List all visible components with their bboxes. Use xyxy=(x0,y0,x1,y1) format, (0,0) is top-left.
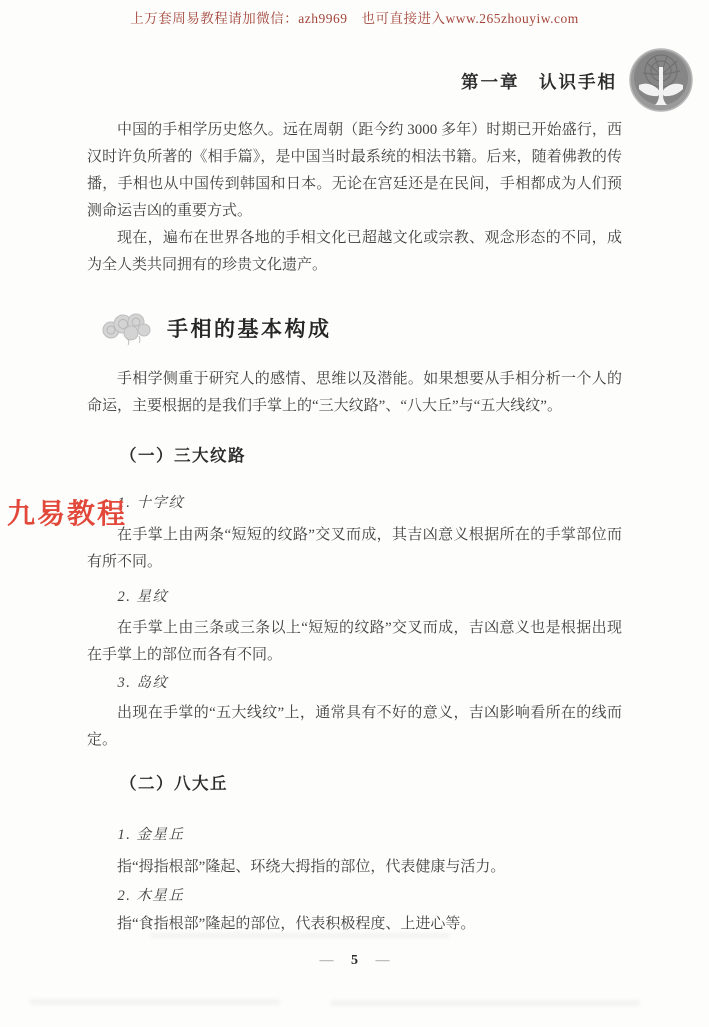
intro-paragraph-2: 现在，遍布在世界各地的手相文化已超越文化或宗教、观念形态的不同，成为全人类共同拥… xyxy=(87,225,622,279)
page-number-dash-right: — xyxy=(376,953,390,968)
scan-artifact xyxy=(150,933,450,938)
chapter-title: 第一章 认识手相 xyxy=(461,69,617,94)
section-lead-paragraph: 手相学侧重于研究人的感情、思维以及潜能。如果想要从手相分析一个人的命运，主要根据… xyxy=(87,366,622,420)
item-label: 1. 金星丘 xyxy=(87,824,622,846)
page-number-value: 5 xyxy=(337,953,372,968)
item-label: 2. 木星丘 xyxy=(87,885,622,907)
header-notice: 上万套周易教程请加微信：azh9969 也可直接进入www.265zhouyiw… xyxy=(0,7,709,27)
page-number-dash-left: — xyxy=(320,953,334,968)
item-label: 2. 星纹 xyxy=(87,586,622,608)
watermark: 九易教程 xyxy=(7,492,127,532)
scan-artifact xyxy=(30,999,280,1005)
page-body: 中国的手相学历史悠久。远在周朝（距今约 3000 多年）时期已开始盛行，西汉时许… xyxy=(87,117,622,938)
scan-artifact xyxy=(330,1000,640,1006)
item-label: 3. 岛纹 xyxy=(87,672,622,694)
item-text: 在手掌上由三条或三条以上“短短的纹路”交叉而成，吉凶意义也是根据出现在手掌上的部… xyxy=(87,615,622,669)
section-heading: 手相的基本构成 xyxy=(87,309,622,347)
section-title: 手相的基本构成 xyxy=(167,313,332,343)
page-number: — 5 — xyxy=(0,953,709,969)
item-text: 指“拇指根部”隆起、环绕大拇指的部位，代表健康与活力。 xyxy=(87,854,622,881)
hands-holding-tree-icon xyxy=(625,45,697,117)
item-text: 出现在手掌的“五大线纹”上，通常具有不好的意义，吉凶影响看所在的线而定。 xyxy=(87,700,622,754)
intro-paragraph-1: 中国的手相学历史悠久。远在周朝（距今约 3000 多年）时期已开始盛行，西汉时许… xyxy=(87,117,622,225)
book-page: { "notice": { "text": "上万套周易教程请加微信：azh99… xyxy=(0,0,709,1027)
subsection-heading-1: （一）三大纹路 xyxy=(87,444,622,468)
flower-cluster-icon xyxy=(97,310,155,346)
chapter-header: 第一章 认识手相 xyxy=(0,45,709,117)
item-label: 1. 十字纹 xyxy=(87,492,622,514)
item-text: 在手掌上由两条“短短的纹路”交叉而成，其吉凶意义根据所在的手掌部位而有所不同。 xyxy=(87,522,622,576)
subsection-heading-2: （二）八大丘 xyxy=(87,772,622,796)
